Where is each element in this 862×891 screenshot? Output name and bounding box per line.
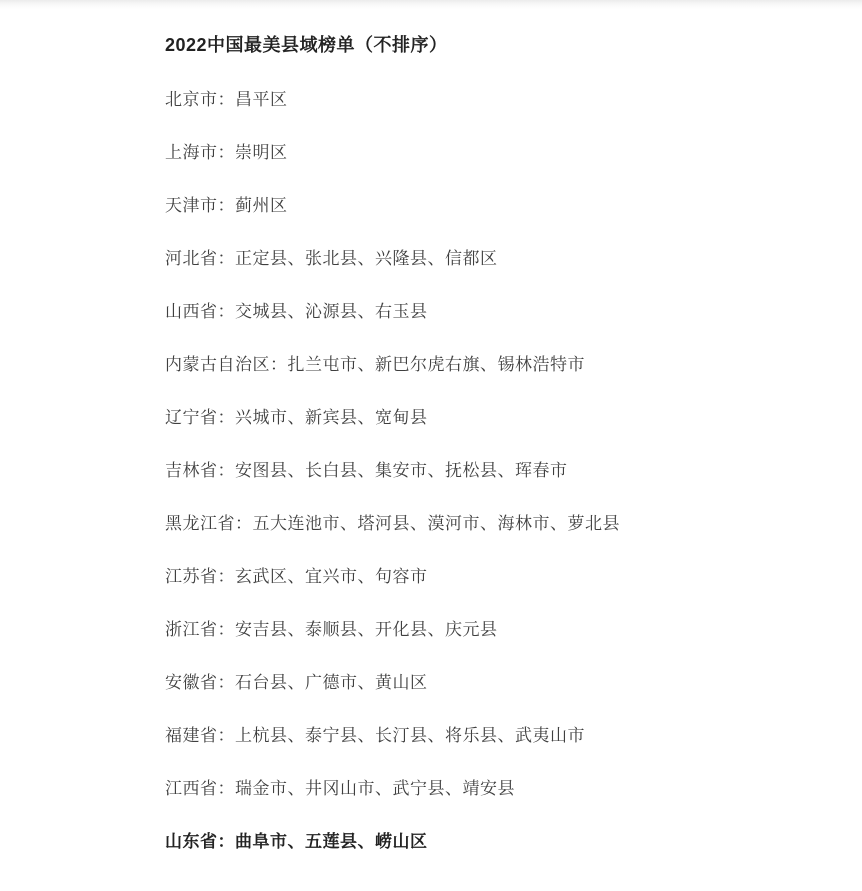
county-list: 安吉县、泰顺县、开化县、庆元县 (235, 620, 498, 639)
county-list: 安图县、长白县、集安市、抚松县、珲春市 (235, 461, 568, 480)
list-item: 江西省：瑞金市、井冈山市、武宁县、靖安县 (165, 777, 822, 801)
province-label: 山东省： (165, 832, 235, 851)
county-list: 昌平区 (235, 90, 288, 109)
county-list: 正定县、张北县、兴隆县、信都区 (235, 249, 498, 268)
list-item: 江苏省：玄武区、宜兴市、句容市 (165, 565, 822, 589)
province-label: 河北省： (165, 249, 235, 268)
list-item: 黑龙江省：五大连池市、塔河县、漠河市、海林市、萝北县 (165, 512, 822, 536)
list-item: 天津市：蓟州区 (165, 194, 822, 218)
list-item: 河北省：正定县、张北县、兴隆县、信都区 (165, 247, 822, 271)
list-item: 山西省：交城县、沁源县、右玉县 (165, 300, 822, 324)
province-label: 安徽省： (165, 673, 235, 692)
county-list: 扎兰屯市、新巴尔虎右旗、锡林浩特市 (288, 355, 586, 374)
list-item: 辽宁省：兴城市、新宾县、宽甸县 (165, 406, 822, 430)
list-item: 山东省：曲阜市、五莲县、崂山区 (165, 830, 822, 854)
province-label: 吉林省： (165, 461, 235, 480)
list-item: 福建省：上杭县、泰宁县、长汀县、将乐县、武夷山市 (165, 724, 822, 748)
province-label: 辽宁省： (165, 408, 235, 427)
list-item: 安徽省：石台县、广德市、黄山区 (165, 671, 822, 695)
list-item: 内蒙古自治区：扎兰屯市、新巴尔虎右旗、锡林浩特市 (165, 353, 822, 377)
province-label: 北京市： (165, 90, 235, 109)
province-label: 福建省： (165, 726, 235, 745)
county-list: 五大连池市、塔河县、漠河市、海林市、萝北县 (253, 514, 621, 533)
county-list: 崇明区 (235, 143, 288, 162)
province-label: 天津市： (165, 196, 235, 215)
province-label: 山西省： (165, 302, 235, 321)
province-label: 黑龙江省： (165, 514, 253, 533)
province-label: 江西省： (165, 779, 235, 798)
list-item: 北京市：昌平区 (165, 88, 822, 112)
list-item: 上海市：崇明区 (165, 141, 822, 165)
county-list: 玄武区、宜兴市、句容市 (235, 567, 428, 586)
county-list: 上杭县、泰宁县、长汀县、将乐县、武夷山市 (235, 726, 585, 745)
top-edge-strip (0, 0, 862, 9)
page-title: 2022中国最美县域榜单（不排序） (165, 32, 822, 58)
province-label: 上海市： (165, 143, 235, 162)
county-list: 交城县、沁源县、右玉县 (235, 302, 428, 321)
county-list: 瑞金市、井冈山市、武宁县、靖安县 (235, 779, 515, 798)
county-list: 蓟州区 (235, 196, 288, 215)
province-label: 江苏省： (165, 567, 235, 586)
article-body: 2022中国最美县域榜单（不排序） 北京市：昌平区上海市：崇明区天津市：蓟州区河… (0, 9, 862, 854)
province-label: 浙江省： (165, 620, 235, 639)
ranking-list: 北京市：昌平区上海市：崇明区天津市：蓟州区河北省：正定县、张北县、兴隆县、信都区… (165, 88, 822, 854)
county-list: 石台县、广德市、黄山区 (235, 673, 428, 692)
province-label: 内蒙古自治区： (165, 355, 288, 374)
list-item: 浙江省：安吉县、泰顺县、开化县、庆元县 (165, 618, 822, 642)
county-list: 曲阜市、五莲县、崂山区 (235, 832, 428, 851)
county-list: 兴城市、新宾县、宽甸县 (235, 408, 428, 427)
list-item: 吉林省：安图县、长白县、集安市、抚松县、珲春市 (165, 459, 822, 483)
